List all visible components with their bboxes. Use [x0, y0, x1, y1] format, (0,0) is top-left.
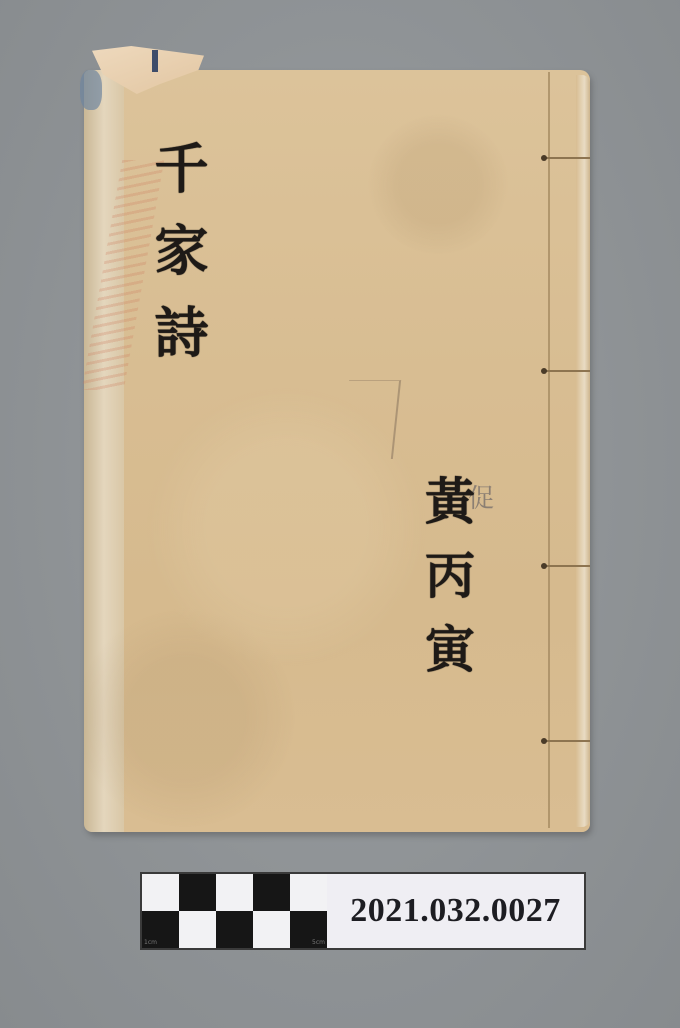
binding-stitch	[544, 565, 590, 567]
binding-thread-line	[548, 72, 550, 828]
binding-stitch	[544, 740, 590, 742]
checker-scale: 1cm 5cm	[142, 874, 327, 948]
owner-name-calligraphy: 黃丙寅	[410, 475, 482, 697]
fold-ink-mark	[152, 50, 158, 72]
scale-cell	[216, 911, 253, 948]
scale-cell	[216, 874, 253, 911]
scale-cell	[253, 874, 290, 911]
scale-label-5cm: 5cm	[312, 939, 325, 946]
color-scale-bar: 1cm 5cm 2021.032.0027	[140, 872, 586, 950]
book-title-calligraphy: 千家詩	[140, 140, 217, 386]
binding-stitch	[544, 370, 590, 372]
cover-left-edge	[84, 70, 124, 832]
scale-cell	[290, 874, 327, 911]
pencil-mark	[341, 380, 401, 459]
scale-cell	[253, 911, 290, 948]
scale-cell	[179, 911, 216, 948]
binding-edge	[576, 75, 590, 827]
blue-stain	[80, 70, 102, 110]
scale-cell	[179, 874, 216, 911]
binding-stitch	[544, 157, 590, 159]
scale-label-1cm: 1cm	[144, 939, 157, 946]
accession-number: 2021.032.0027	[327, 874, 584, 948]
scale-cell	[142, 874, 179, 911]
